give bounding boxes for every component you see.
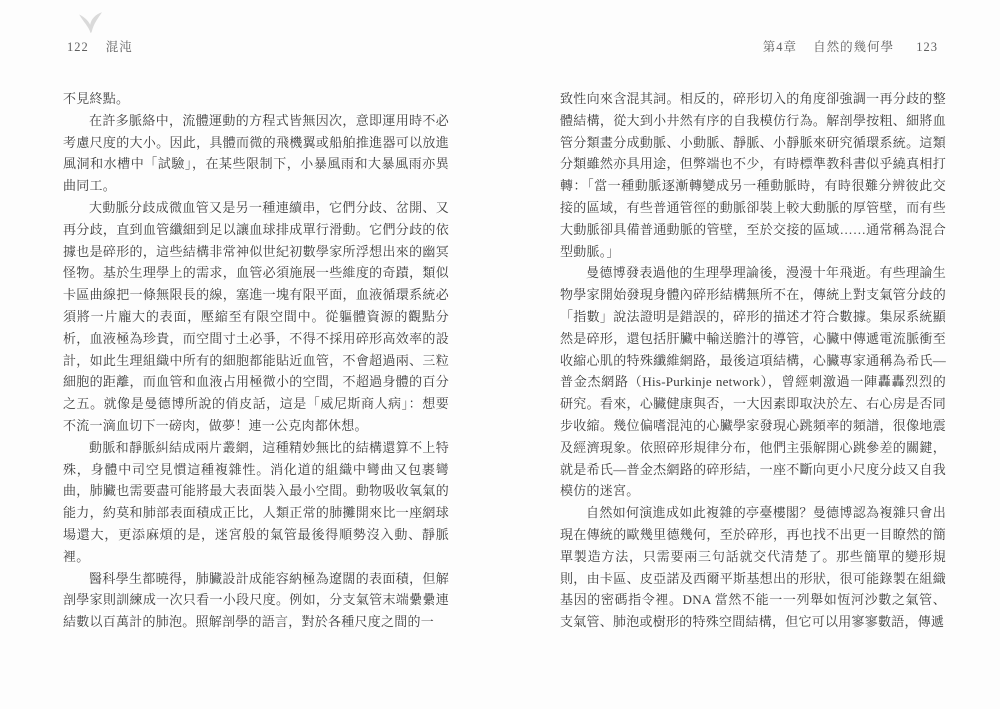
- paragraph: 自然如何演進成如此複雜的亭臺樓閣？曼德博認為複雜只會出現在傳統的歐幾里德幾何，至…: [560, 502, 946, 633]
- paragraph: 致性向來含混其詞。相反的，碎形切入的角度卻強調一再分歧的整體結構，從大到小井然有…: [560, 88, 946, 262]
- butterfly-icon: [77, 11, 104, 35]
- page-right-body: 致性向來含混其詞。相反的，碎形切入的角度卻強調一再分歧的整體結構，從大到小井然有…: [560, 88, 946, 633]
- chapter-label: 第4章: [763, 40, 797, 54]
- chapter-title: 自然的幾何學: [813, 40, 894, 54]
- page-left-body: 不見終點。 在許多脈絡中，流體運動的方程式皆無因次，意即運用時不必考慮尺度的大小…: [63, 88, 449, 633]
- book-spread: 122 混沌 第4章 自然的幾何學 123 不見終點。 在許多脈絡中，流體運動的…: [0, 0, 1000, 709]
- running-header-right: 第4章 自然的幾何學 123: [560, 37, 938, 55]
- paragraph: 不見終點。: [63, 88, 449, 110]
- running-title: 混沌: [106, 37, 133, 55]
- page-number-right: 123: [916, 40, 938, 54]
- paragraph: 曼德博發表過他的生理學理論後，漫漫十年飛逝。有些理論生物學家開始發現身體內碎形結…: [560, 262, 946, 502]
- paragraph: 醫科學生都曉得，肺臟設計成能容納極為遼闊的表面積，但解剖學家則訓練成一次只看一小…: [63, 568, 449, 633]
- paragraph: 大動脈分歧成微血管又是另一種連續串，它們分歧、岔開、又再分歧，直到血管纖細到足以…: [63, 197, 449, 437]
- paragraph: 在許多脈絡中，流體運動的方程式皆無因次，意即運用時不必考慮尺度的大小。因此，具體…: [63, 110, 449, 197]
- paragraph: 動脈和靜脈糾結成兩片叢網，這種精妙無比的結構還算不上特殊，身體中司空見慣這種複雜…: [63, 437, 449, 568]
- running-header-left: 122 混沌: [67, 37, 133, 55]
- page-number-left: 122: [67, 40, 89, 55]
